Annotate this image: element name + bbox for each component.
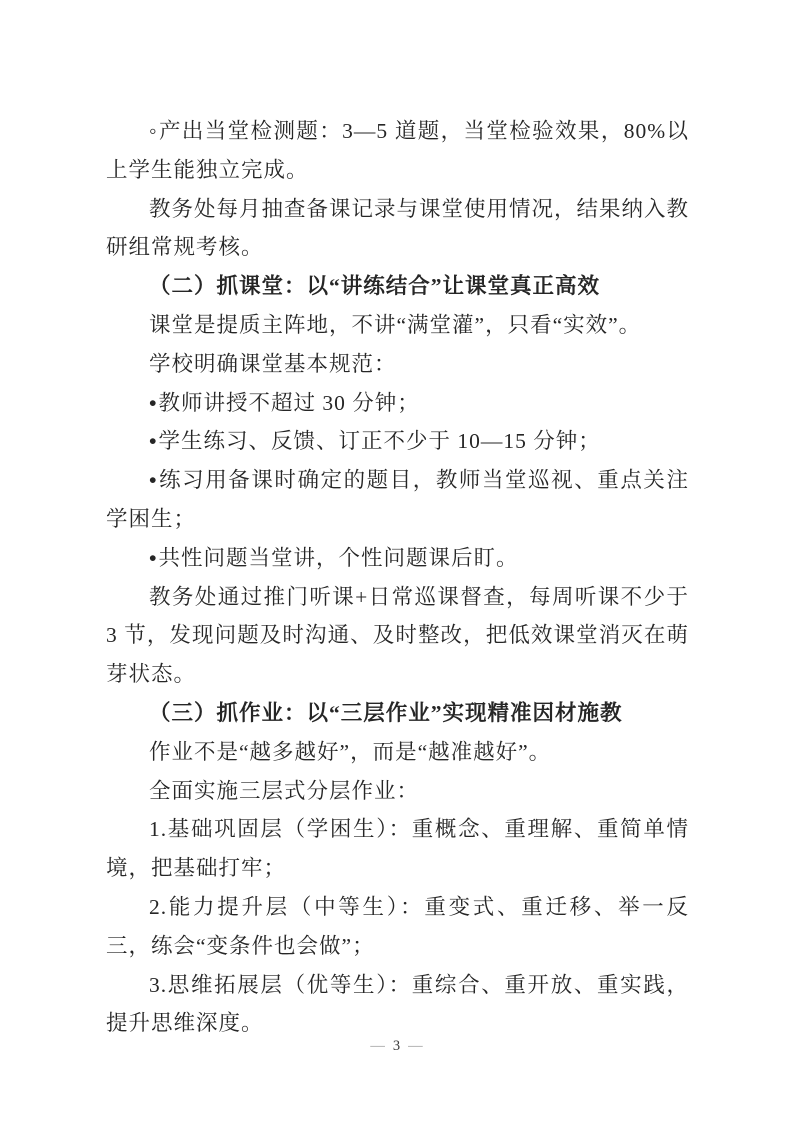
paragraph-text: 教务处每月抽查备课记录与课堂使用情况，结果纳入教研组常规考核。	[106, 197, 689, 260]
paragraph: 学校明确课堂基本规范：	[106, 345, 689, 384]
paragraph-text: 课堂是提质主阵地，不讲“满堂灌”，只看“实效”。	[149, 313, 641, 337]
dot-bullet-icon: •	[149, 429, 158, 453]
document-page: ◦产出当堂检测题：3—5 道题，当堂检验效果，80%以上学生能独立完成。 教务处…	[0, 0, 793, 1122]
paragraph-text: 2.能力提升层（中等生）：重变式、重迁移、举一反三，练会“变条件也会做”；	[106, 895, 689, 958]
paragraph-text: 1.基础巩固层（学困生）：重概念、重理解、重简单情境，把基础打牢；	[106, 817, 689, 880]
paragraph: 教务处通过推门听课+日常巡课督查，每周听课不少于 3 节，发现问题及时沟通、及时…	[106, 578, 689, 694]
paragraph-text: 共性问题当堂讲，个性问题课后盯。	[159, 546, 519, 570]
section-heading: （二）抓课堂：以“讲练结合”让课堂真正高效	[106, 267, 689, 306]
dot-bullet-icon: •	[149, 391, 158, 415]
bullet-list-item: •学生练习、反馈、订正不少于 10—15 分钟；	[106, 422, 689, 461]
numbered-list-item: 1.基础巩固层（学困生）：重概念、重理解、重简单情境，把基础打牢；	[106, 810, 689, 888]
paragraph-text: 3.思维拓展层（优等生）：重综合、重开放、重实践，提升思维深度。	[106, 973, 689, 1036]
page-footer: —3—	[0, 1036, 793, 1056]
paragraph-text: 练习用备课时确定的题目，教师当堂巡视、重点关注学困生；	[106, 468, 689, 531]
paragraph: 全面实施三层式分层作业：	[106, 772, 689, 811]
dot-bullet-icon: •	[149, 546, 158, 570]
footer-dash-left: —	[370, 1038, 385, 1054]
paragraph-text: 学校明确课堂基本规范：	[149, 352, 397, 376]
bullet-list-item: •练习用备课时确定的题目，教师当堂巡视、重点关注学困生；	[106, 461, 689, 539]
section-heading: （三）抓作业：以“三层作业”实现精准因材施教	[106, 694, 689, 733]
bullet-list-item: •教师讲授不超过 30 分钟；	[106, 384, 689, 423]
heading-text: （三）抓作业：以“三层作业”实现精准因材施教	[149, 701, 623, 725]
heading-text: （二）抓课堂：以“讲练结合”让课堂真正高效	[149, 274, 600, 298]
paragraph-text: 教务处通过推门听课+日常巡课督查，每周听课不少于 3 节，发现问题及时沟通、及时…	[106, 585, 689, 687]
page-number: 3	[393, 1038, 400, 1054]
bullet-list-item: •共性问题当堂讲，个性问题课后盯。	[106, 539, 689, 578]
numbered-list-item: 2.能力提升层（中等生）：重变式、重迁移、举一反三，练会“变条件也会做”；	[106, 888, 689, 966]
footer-dash-right: —	[408, 1038, 423, 1054]
paragraph: 作业不是“越多越好”，而是“越准越好”。	[106, 733, 689, 772]
circle-bullet-icon: ◦	[149, 119, 158, 143]
paragraph: 教务处每月抽查备课记录与课堂使用情况，结果纳入教研组常规考核。	[106, 190, 689, 268]
paragraph-text: 全面实施三层式分层作业：	[149, 779, 419, 803]
paragraph-text: 教师讲授不超过 30 分钟；	[159, 391, 420, 415]
paragraph: ◦产出当堂检测题：3—5 道题，当堂检验效果，80%以上学生能独立完成。	[106, 112, 689, 190]
document-body: ◦产出当堂检测题：3—5 道题，当堂检验效果，80%以上学生能独立完成。 教务处…	[106, 112, 689, 1043]
paragraph-text: 产出当堂检测题：3—5 道题，当堂检验效果，80%以上学生能独立完成。	[106, 119, 689, 182]
dot-bullet-icon: •	[149, 468, 158, 492]
paragraph-text: 作业不是“越多越好”，而是“越准越好”。	[149, 740, 551, 764]
paragraph-text: 学生练习、反馈、订正不少于 10—15 分钟；	[159, 429, 601, 453]
paragraph: 课堂是提质主阵地，不讲“满堂灌”，只看“实效”。	[106, 306, 689, 345]
numbered-list-item: 3.思维拓展层（优等生）：重综合、重开放、重实践，提升思维深度。	[106, 966, 689, 1044]
